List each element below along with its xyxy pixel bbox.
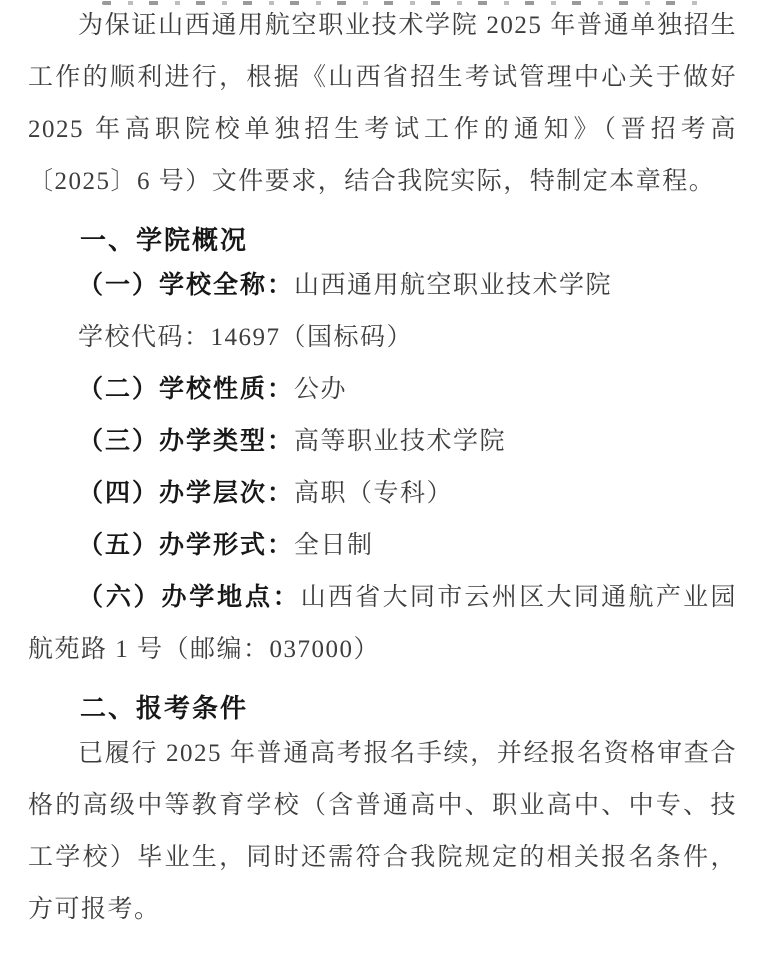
item-school-full-name: （一）学校全称：山西通用航空职业技术学院 — [28, 260, 737, 312]
item-label: （三）办学类型： — [78, 428, 294, 455]
item-school-nature: （二）学校性质：公办 — [28, 364, 737, 416]
item-school-location: （六）办学地点：山西省大同市云州区大同通航产业园航苑路 1 号（邮编：03700… — [28, 572, 737, 676]
cropped-text-remnant — [102, 1, 698, 5]
item-label: （一）学校全称： — [78, 272, 294, 299]
item-value: 公办 — [294, 376, 347, 403]
item-school-code: 学校代码：14697（国标码） — [28, 312, 737, 364]
item-value: 山西通用航空职业技术学院 — [294, 272, 612, 299]
item-school-type: （三）办学类型：高等职业技术学院 — [28, 416, 737, 468]
document-page: 为保证山西通用航空职业技术学院 2025 年普通单独招生工作的顺利进行，根据《山… — [0, 0, 765, 961]
item-label: （五）办学形式： — [78, 532, 294, 559]
item-label: （六）办学地点： — [78, 584, 301, 611]
item-education-level: （四）办学层次：高职（专科） — [28, 468, 737, 520]
intro-paragraph: 为保证山西通用航空职业技术学院 2025 年普通单独招生工作的顺利进行，根据《山… — [28, 0, 737, 208]
item-value: 全日制 — [294, 532, 374, 559]
section-2-heading: 二、报考条件 — [28, 682, 737, 734]
item-value: 高等职业技术学院 — [294, 428, 506, 455]
item-value: 高职（专科） — [294, 480, 453, 507]
section-1-heading: 一、学院概况 — [28, 214, 737, 266]
item-label: （四）办学层次： — [78, 480, 294, 507]
application-requirements-paragraph: 已履行 2025 年普通高考报名手续，并经报名资格审查合格的高级中等教育学校（含… — [28, 728, 737, 936]
item-label: （二）学校性质： — [78, 376, 294, 403]
item-education-form: （五）办学形式：全日制 — [28, 520, 737, 572]
item-value: 学校代码：14697（国标码） — [78, 324, 413, 351]
